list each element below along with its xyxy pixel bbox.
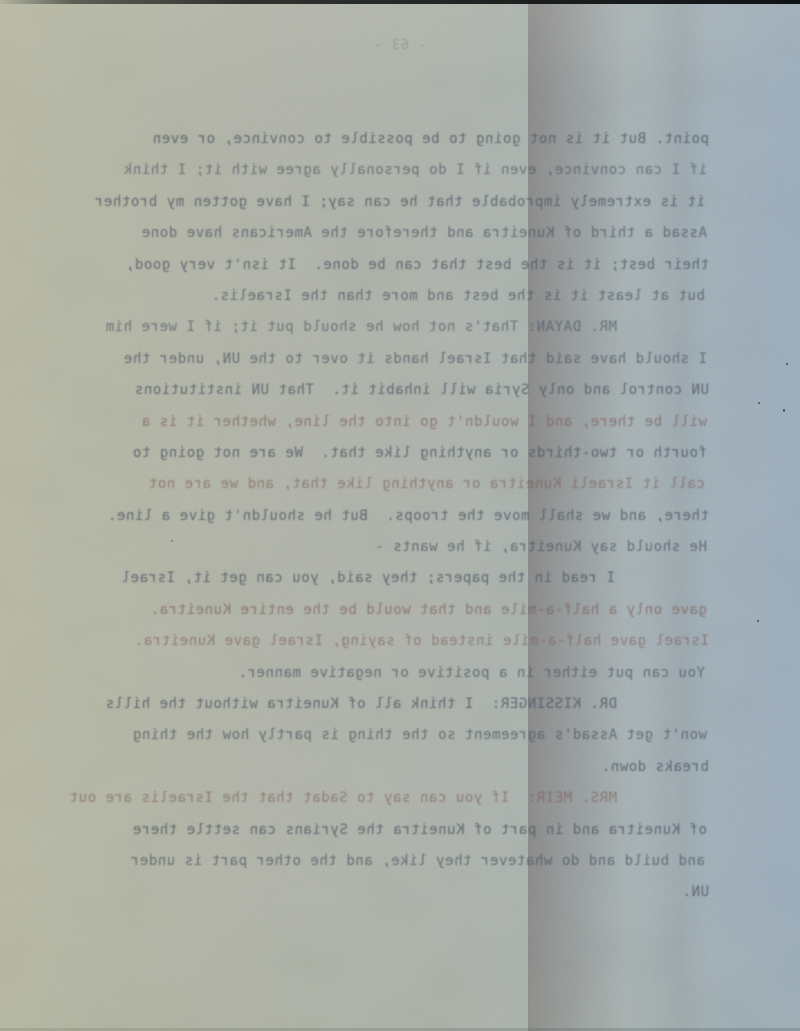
typewritten-line: I read in the papers; they said, you can… xyxy=(93,563,705,594)
dust-speck xyxy=(171,540,173,542)
typewritten-line: won't get Assad's agreement so the thing… xyxy=(93,720,707,751)
typewritten-line: UN. xyxy=(93,877,709,908)
typewritten-line-speaker-kissinger: DR. KISSINGER: I think all of Kuneitra w… xyxy=(93,689,707,720)
typewritten-line: I should have said that Israel hands it … xyxy=(93,344,707,375)
typewritten-line: fourth or two-thirds or anything like th… xyxy=(93,438,707,469)
dust-speck xyxy=(783,409,785,412)
mirrored-ink-layer: - 63 - point. But it is not going to be … xyxy=(0,0,800,1031)
typewritten-line: call it Israeli Kuneitra or anything lik… xyxy=(93,469,705,500)
typewritten-line: but at least it is the best and more tha… xyxy=(93,281,705,312)
typewritten-line: and build and do whatever they like, and… xyxy=(93,846,705,877)
dust-speck xyxy=(758,402,760,404)
typewritten-line: their best; it is the best that can be d… xyxy=(93,250,709,281)
typewritten-line: UN control and only Syria will inhabit i… xyxy=(93,375,709,406)
page-number: - 63 - xyxy=(0,38,800,53)
dust-speck xyxy=(757,620,759,622)
typewritten-line: Assad a third of Kuneitra and therefore … xyxy=(93,218,707,249)
typewritten-line: will be there, and I wouldn't go into th… xyxy=(93,407,707,438)
typewritten-line: it is extremely improbable that he can s… xyxy=(93,187,705,218)
typewritten-line: of Kuneitra and in part of Kuneitra the … xyxy=(93,815,707,846)
typewritten-line: He should say Kuneitra, if he wants - xyxy=(93,532,707,563)
typewritten-line-speaker-meir: MRS. MEIR: If you can say to Sadat that … xyxy=(93,783,707,814)
typewritten-line: You can put either in a positive or nega… xyxy=(93,658,705,689)
typewritten-line: if I can convince, even if I do personal… xyxy=(93,155,707,186)
scanned-document-page: - 63 - point. But it is not going to be … xyxy=(0,0,800,1031)
scan-top-edge-shadow xyxy=(0,0,800,4)
typewritten-line: there, and we shall move the troops. But… xyxy=(93,501,709,532)
typewritten-line: Israel gave half-a-mile instead of sayin… xyxy=(93,626,709,657)
typewritten-line-speaker-dayan: MR. DAYAN: That's not how he should put … xyxy=(93,312,707,343)
typewritten-line: breaks down. xyxy=(93,752,709,783)
typewritten-text-block: point. But it is not going to be possibl… xyxy=(93,124,707,909)
dust-speck xyxy=(786,363,788,365)
typewritten-line: gave only a half-a-mile and that would b… xyxy=(93,595,707,626)
typewritten-line: point. But it is not going to be possibl… xyxy=(93,124,709,155)
